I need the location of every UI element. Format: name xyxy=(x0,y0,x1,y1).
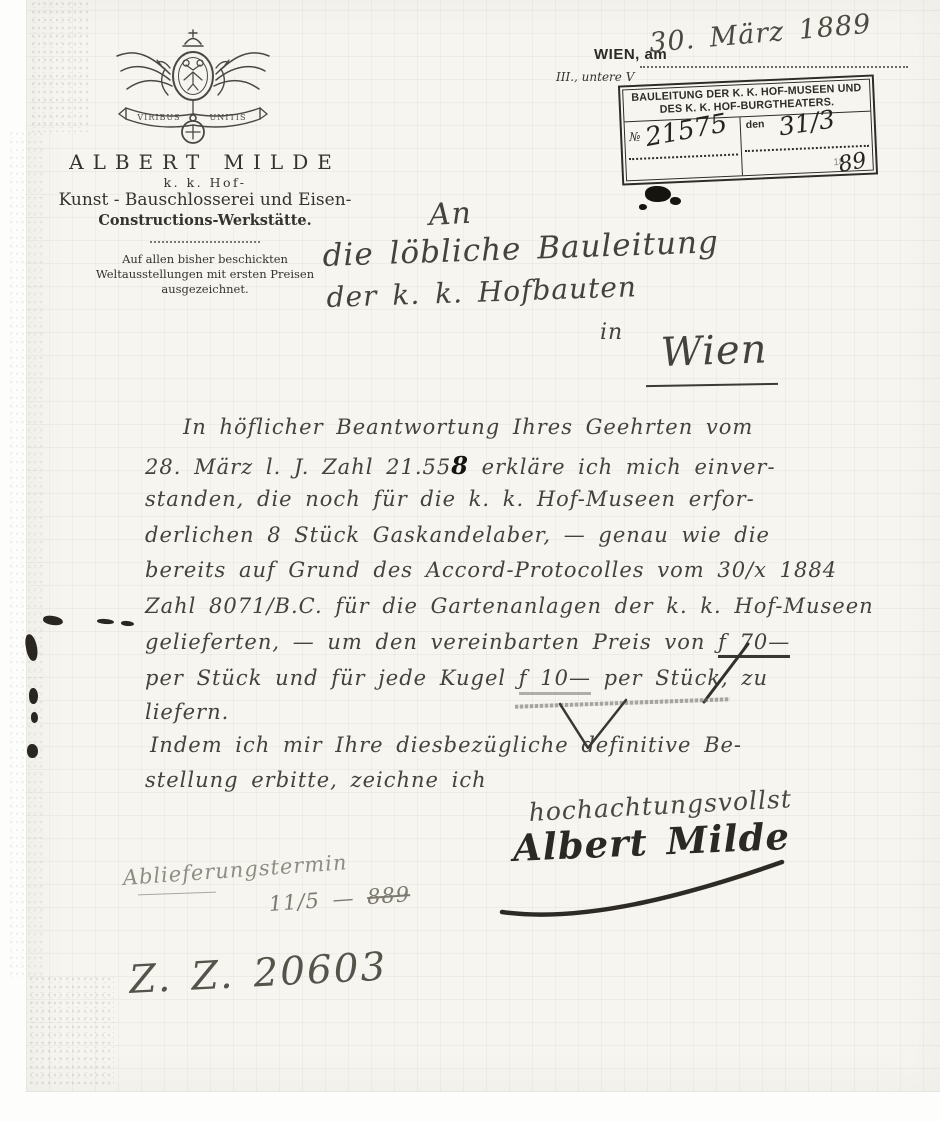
body-line-post: erkläre ich mich einver- xyxy=(469,455,776,479)
letterhead-subtitle-hof: k. k. Hof- xyxy=(40,175,370,190)
body-line: Indem ich mir Ihre diesbezügliche defini… xyxy=(150,733,742,757)
body-line: liefern. xyxy=(145,700,229,724)
address-an: An xyxy=(428,196,473,233)
signature-flourish xyxy=(492,850,792,922)
underlined-price-10: ƒ 10— xyxy=(519,666,591,695)
ink-speck xyxy=(31,712,38,723)
body-line: 28. März l. J. Zahl 21.558 erkläre ich m… xyxy=(145,451,776,480)
body-line: stellung erbitte, zeichne ich xyxy=(145,768,487,792)
letterhead-divider xyxy=(150,241,260,243)
stamp-number-row: № 21575 den 31/3 18 89 xyxy=(625,111,873,181)
body-line: per Stück und für jede Kugel ƒ 10— per S… xyxy=(145,666,768,690)
tagline-line3: ausgezeichnet. xyxy=(40,282,370,297)
body-line: bereits auf Grund des Accord-Protocolles… xyxy=(145,558,837,582)
pen-check-stroke xyxy=(552,698,642,756)
stamp-inner-border: BAULEITUNG DER K. K. HOF-MUSEEN UND DES … xyxy=(622,79,874,182)
stamp-date-label: den xyxy=(746,118,765,131)
imperial-emblem: VIRIBUS UNITIS xyxy=(112,26,274,150)
motto-left: VIRIBUS xyxy=(136,113,180,122)
letterhead-subtitle-kunst: Kunst - Bauschlosserei und Eisen- xyxy=(40,190,370,210)
letterhead-subtitle-constructions: Constructions-Werkstätte. xyxy=(40,212,370,229)
stamp-number-cell: № 21575 xyxy=(625,117,743,180)
ink-speck xyxy=(29,688,38,704)
body-line: standen, die noch für die k. k. Hof-Muse… xyxy=(145,487,755,511)
received-stamp: BAULEITUNG DER K. K. HOF-MUSEEN UND DES … xyxy=(618,74,878,185)
ink-speck xyxy=(27,744,38,758)
overwritten-digit: 8 xyxy=(451,451,469,480)
address-wien: Wien xyxy=(660,326,768,376)
tagline-line2: Weltausstellungen mit ersten Preisen xyxy=(40,267,370,282)
body-line-pre: per Stück und für jede Kugel xyxy=(145,666,519,690)
stamp-year-handwritten: 89 xyxy=(836,148,868,178)
body-line-pre: 28. März l. J. Zahl 21.55 xyxy=(145,455,451,479)
scanned-letter-page: VIRIBUS UNITIS ALBERT MILDE k. k. Hof- K… xyxy=(0,0,940,1122)
scan-noise-left-edge xyxy=(8,130,42,980)
stamp-date-cell: den 31/3 18 89 xyxy=(740,112,872,176)
body-line: In höflicher Beantwortung Ihres Geehrten… xyxy=(183,415,753,439)
ink-blot xyxy=(645,186,671,202)
body-line: derlichen 8 Stück Gaskandelaber, — genau… xyxy=(145,523,770,547)
motto-right: UNITIS xyxy=(210,113,247,122)
letterhead-tagline: Auf allen bisher beschickten Weltausstel… xyxy=(40,252,370,297)
letterhead-name: ALBERT MILDE xyxy=(40,150,370,174)
dateline-dotted-rule xyxy=(640,66,908,68)
scan-noise-top-left xyxy=(30,0,88,132)
dateline-street: III., untere V xyxy=(556,70,634,84)
stamp-number-dots xyxy=(629,153,738,160)
delivery-date-struck: 889 xyxy=(366,882,411,909)
stamp-number-label: № xyxy=(629,130,641,144)
scan-noise-bottom-left xyxy=(28,975,114,1087)
tagline-line1: Auf allen bisher beschickten xyxy=(40,252,370,267)
ink-blot xyxy=(639,204,647,210)
address-in: in xyxy=(600,320,623,345)
ink-blot xyxy=(670,197,681,205)
body-line: Zahl 8071/B.C. für die Gartenanlagen der… xyxy=(145,594,874,618)
body-line-pre: gelieferten, — um den vereinbarten Preis… xyxy=(145,630,718,654)
